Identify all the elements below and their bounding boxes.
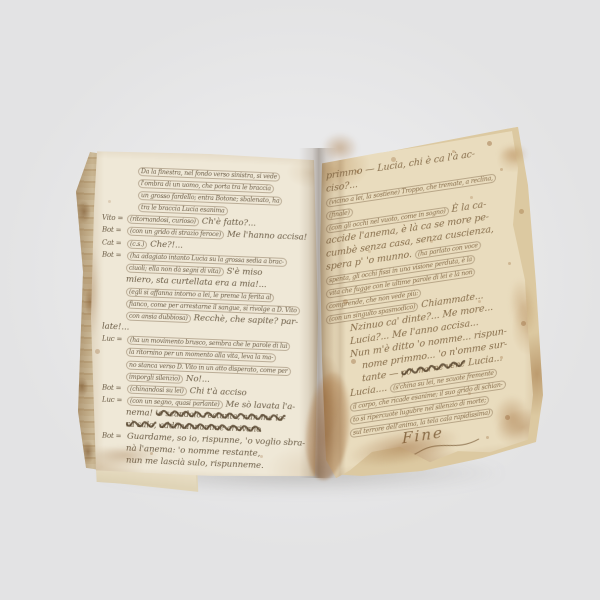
- speaker-label: Bot =: [102, 248, 127, 261]
- left-page: Da la finestra, nel fondo verso sinistra…: [88, 148, 320, 487]
- left-page-handwriting: Da la finestra, nel fondo verso sinistra…: [102, 161, 318, 472]
- right-page: primmo — Lucia, chi è ca l'à ac-ciso?...…: [318, 125, 538, 488]
- speaker-label: Bot =: [102, 430, 127, 443]
- speaker-label: Luc =: [102, 333, 127, 346]
- foxing-speckles: [0, 0, 3, 3]
- speaker-label: Luc =: [102, 393, 127, 406]
- handwritten-text: nun me lascià sulo, rispunneme.: [126, 456, 264, 472]
- right-page-handwriting: primmo — Lucia, chi è ca l'à ac-ciso?...…: [326, 136, 531, 440]
- photograph-of-open-manuscript: Da la finestra, nel fondo verso sinistra…: [0, 0, 600, 600]
